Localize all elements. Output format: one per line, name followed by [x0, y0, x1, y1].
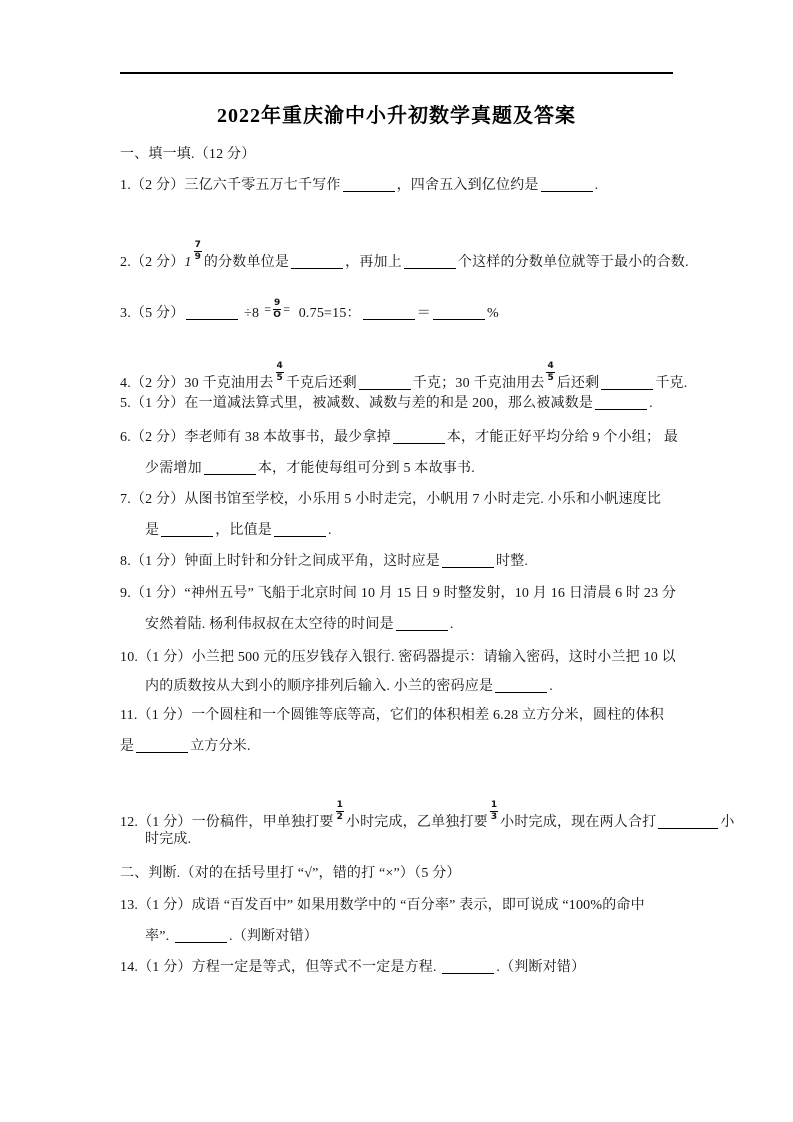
text-run: . — [328, 523, 332, 538]
text-run: 的分数单位是 — [204, 255, 289, 270]
text-run: 3.（5 分） — [120, 306, 184, 321]
question-6-line-1: 6.（2 分）李老师有 38 本故事书，最少拿掉本，才能正好平均分给 9 个小组… — [120, 429, 678, 447]
answer-blank — [601, 376, 653, 390]
text-run: 率”. — [145, 929, 173, 944]
fraction-numerator: 4 — [276, 361, 284, 373]
fraction-denominator: 2 — [336, 812, 344, 823]
text-run: 小时完成，乙单独打要 — [346, 815, 488, 830]
text-run: ，再加上 — [345, 255, 402, 270]
document-title: 2022年重庆渝中小升初数学真题及答案 — [120, 99, 673, 128]
section-2-heading: 二、判断.（对的在括号里打 “√”，错的打 “×”）（5 分） — [120, 865, 461, 883]
equals-sign: = — [283, 300, 290, 318]
answer-blank — [442, 960, 494, 974]
text-run: 个这样的分数单位就等于最小的合数. — [458, 255, 689, 270]
text-run: 本，才能正好平均分给 9 个小组； 最 — [447, 430, 678, 445]
text-run: 一、填一填.（12 分） — [120, 147, 255, 162]
question-7-line-1: 7.（2 分）从图书馆至学校，小乐用 5 小时走完，小帆用 7 小时走完. 小乐… — [120, 491, 661, 509]
answer-blank — [204, 461, 256, 475]
text-run: 时完成. — [145, 832, 191, 847]
answer-blank — [186, 306, 238, 320]
question-4: 4.（2 分）30 千克油用去45千克后还剩千克；30 千克油用去45后还剩千克… — [120, 361, 687, 393]
text-run: 后还剩 — [557, 376, 600, 391]
text-run: 安然着陆. 杨利伟叔叔在太空待的时间是 — [145, 617, 394, 632]
equals-sign: = — [264, 300, 271, 318]
italic-text-run: 1 — [184, 255, 191, 270]
answer-blank — [175, 929, 227, 943]
text-run: 14.（1 分）方程一定是等式，但等式不一定是方程. — [120, 960, 440, 975]
answer-blank — [161, 523, 213, 537]
text-run: ，四舍五入到亿位约是 — [397, 178, 539, 193]
raised-equation-group: =9O= — [263, 298, 291, 321]
question-7-line-2: 是，比值是. — [145, 522, 332, 540]
fraction: 45 — [276, 361, 284, 384]
question-6-line-2: 少需增加本，才能使每组可分到 5 本故事书. — [145, 460, 475, 478]
text-run: % — [487, 306, 499, 321]
text-run: 13.（1 分）成语 “百发百中” 如果用数学中的 “百分率” 表示，即可说成 … — [120, 898, 645, 913]
text-run: 是 — [120, 739, 134, 754]
text-run: 是 — [145, 523, 159, 538]
text-run: 7.（2 分）从图书馆至学校，小乐用 5 小时走完，小帆用 7 小时走完. 小乐… — [120, 492, 661, 507]
text-run: 二、判断.（对的在括号里打 “√”，错的打 “×”）（5 分） — [120, 866, 461, 881]
answer-blank — [136, 739, 188, 753]
answer-blank — [274, 523, 326, 537]
answer-blank — [359, 376, 411, 390]
fraction-numerator: 4 — [546, 361, 554, 373]
fraction-numerator: 1 — [336, 800, 344, 812]
answer-blank — [363, 306, 415, 320]
answer-blank — [442, 554, 494, 568]
text-run: 10.（1 分）小兰把 500 元的压岁钱存入银行. 密码器提示：请输入密码，这… — [120, 650, 676, 665]
text-run: 0.75=15： — [295, 306, 361, 321]
question-9-line-1: 9.（1 分）“神州五号” 飞船于北京时间 10 月 15 日 9 时整发射，1… — [120, 585, 676, 603]
text-run: 2.（2 分） — [120, 255, 184, 270]
fraction: 12 — [336, 800, 344, 823]
text-run: 千克. — [655, 376, 687, 391]
text-run: 少需增加 — [145, 461, 202, 476]
text-run: 11.（1 分）一个圆柱和一个圆锥等底等高，它们的体积相差 6.28 立方分米，… — [120, 708, 664, 723]
fraction-denominator: O — [273, 310, 281, 321]
question-1: 1.（2 分）三亿六千零五万七千写作，四舍五入到亿位约是. — [120, 177, 598, 195]
fraction-denominator: 5 — [276, 373, 284, 384]
fraction-numerator: 9 — [273, 298, 281, 310]
answer-blank — [393, 430, 445, 444]
text-run: 8.（1 分）钟面上时针和分针之间成平角，这时应是 — [120, 554, 440, 569]
fraction-denominator: 3 — [490, 812, 498, 823]
text-run: 1.（2 分）三亿六千零五万七千写作 — [120, 178, 341, 193]
answer-blank — [541, 178, 593, 192]
fraction-numerator: 7 — [194, 240, 202, 252]
question-13-line-1: 13.（1 分）成语 “百发百中” 如果用数学中的 “百分率” 表示，即可说成 … — [120, 897, 645, 915]
text-run: . — [450, 617, 454, 632]
fraction-denominator: 5 — [546, 373, 554, 384]
text-run: 小 — [720, 815, 734, 830]
answer-blank — [658, 815, 718, 829]
text-run: ÷8 — [240, 306, 259, 321]
answer-blank — [396, 617, 448, 631]
question-9-line-2: 安然着陆. 杨利伟叔叔在太空待的时间是. — [145, 616, 454, 634]
text-run: 12.（1 分）一份稿件，甲单独打要 — [120, 815, 334, 830]
question-3: 3.（5 分） ÷8=9O= 0.75=15：＝% — [120, 298, 499, 323]
question-2: 2.（2 分）179的分数单位是，再加上个这样的分数单位就等于最小的合数. — [120, 240, 689, 272]
text-run: 5.（1 分）在一道减法算式里，被减数、减数与差的和是 200，那么被减数是 — [120, 396, 593, 411]
text-run: .（判断对错） — [229, 929, 318, 944]
fraction: 9O — [273, 298, 281, 321]
text-run: . — [649, 396, 653, 411]
question-10-line-1: 10.（1 分）小兰把 500 元的压岁钱存入银行. 密码器提示：请输入密码，这… — [120, 649, 676, 667]
question-8: 8.（1 分）钟面上时针和分针之间成平角，这时应是时整. — [120, 553, 528, 571]
question-14: 14.（1 分）方程一定是等式，但等式不一定是方程. .（判断对错） — [120, 959, 585, 977]
text-run: 6.（2 分）李老师有 38 本故事书，最少拿掉 — [120, 430, 391, 445]
text-run: 本，才能使每组可分到 5 本故事书. — [258, 461, 475, 476]
answer-blank — [404, 255, 456, 269]
section-1-heading: 一、填一填.（12 分） — [120, 146, 255, 164]
fraction-denominator: 9 — [194, 252, 202, 263]
text-run: 4.（2 分）30 千克油用去 — [120, 376, 274, 391]
fraction: 45 — [546, 361, 554, 384]
text-run: ，比值是 — [215, 523, 272, 538]
text-run: 内的质数按从大到小的顺序排列后输入. 小兰的密码应是 — [145, 679, 493, 694]
text-run: .（判断对错） — [496, 960, 585, 975]
fraction: 79 — [194, 240, 202, 263]
text-run: 9.（1 分）“神州五号” 飞船于北京时间 10 月 15 日 9 时整发射，1… — [120, 586, 676, 601]
question-12-line-1: 12.（1 分）一份稿件，甲单独打要12小时完成，乙单独打要13小时完成，现在两… — [120, 800, 735, 832]
answer-blank — [595, 396, 647, 410]
text-run: . — [595, 178, 599, 193]
question-11-line-1: 11.（1 分）一个圆柱和一个圆锥等底等高，它们的体积相差 6.28 立方分米，… — [120, 707, 664, 725]
exam-document-page: 2022年重庆渝中小升初数学真题及答案 一、填一填.（12 分）1.（2 分）三… — [0, 0, 793, 1122]
answer-blank — [495, 679, 547, 693]
text-run: 千克；30 千克油用去 — [413, 376, 545, 391]
question-10-line-2: 内的质数按从大到小的顺序排列后输入. 小兰的密码应是. — [145, 678, 553, 696]
answer-blank — [291, 255, 343, 269]
header-rule — [120, 72, 673, 74]
text-run: 小时完成，现在两人合打 — [500, 815, 656, 830]
question-11-line-2: 是立方分米. — [120, 738, 251, 756]
text-run: 千克后还剩 — [286, 376, 357, 391]
answer-blank — [433, 306, 485, 320]
fraction-numerator: 1 — [490, 800, 498, 812]
fraction: 13 — [490, 800, 498, 823]
answer-blank — [343, 178, 395, 192]
text-run: . — [549, 679, 553, 694]
text-run: 时整. — [496, 554, 528, 569]
text-run: 立方分米. — [190, 739, 251, 754]
question-12-line-2: 时完成. — [145, 831, 191, 849]
text-run: ＝ — [417, 306, 431, 321]
question-13-line-2: 率”. .（判断对错） — [145, 928, 318, 946]
question-5: 5.（1 分）在一道减法算式里，被减数、减数与差的和是 200，那么被减数是. — [120, 395, 653, 413]
